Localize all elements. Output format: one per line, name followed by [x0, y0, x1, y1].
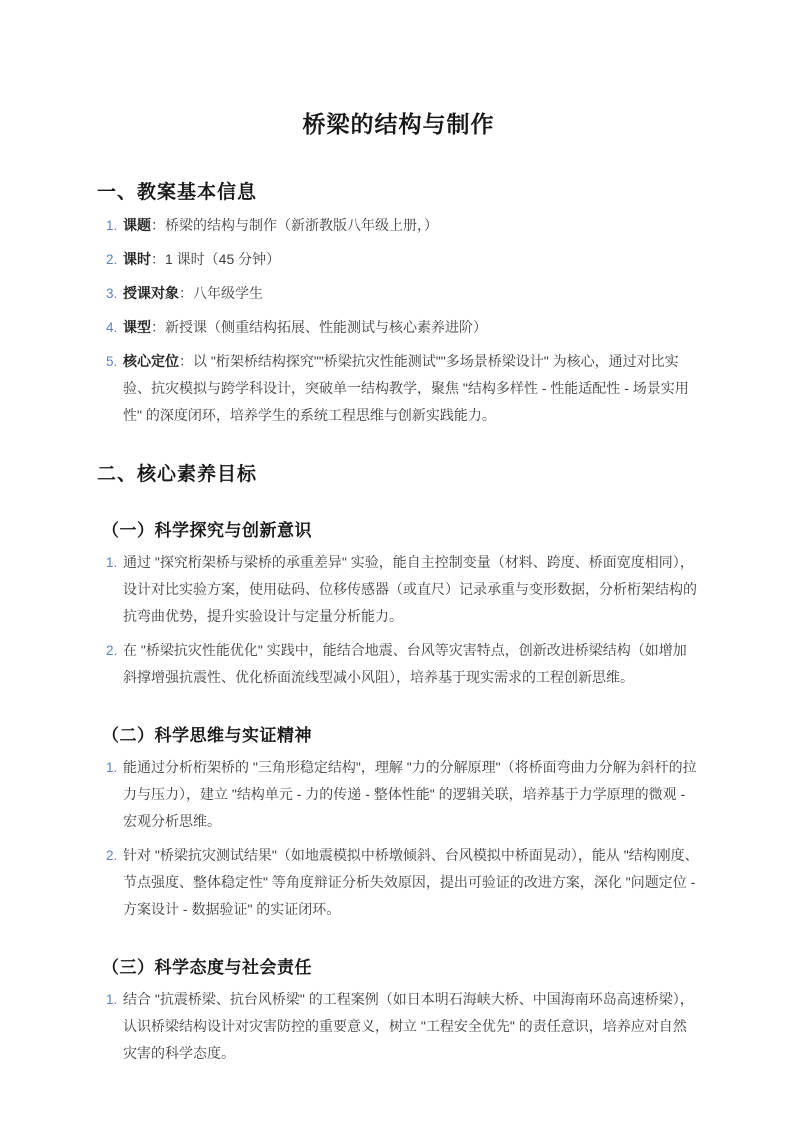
- basic-info-item: 授课对象：八年级学生: [121, 280, 700, 307]
- subsection-heading-attitude-responsibility: （三）科学态度与社会责任: [102, 953, 700, 978]
- basic-info-item: 课时：1 课时（45 分钟）: [121, 246, 700, 273]
- basic-info-list: 课题：桥梁的结构与制作（新浙教版八年级上册，） 课时：1 课时（45 分钟） 授…: [97, 212, 700, 429]
- item-label: 课时: [123, 251, 151, 267]
- item-label: 课题: [123, 217, 151, 233]
- objective-item: 能通过分析桁架桥的 "三角形稳定结构"，理解 "力的分解原理"（将桥面弯曲力分解…: [121, 754, 700, 835]
- objective-list-thinking: 能通过分析桁架桥的 "三角形稳定结构"，理解 "力的分解原理"（将桥面弯曲力分解…: [97, 754, 700, 923]
- item-label: 核心定位: [123, 353, 179, 369]
- item-label: 课型: [123, 319, 151, 335]
- section-heading-core-objectives: 二、核心素养目标: [97, 459, 700, 486]
- basic-info-item: 课题：桥梁的结构与制作（新浙教版八年级上册，）: [121, 212, 700, 239]
- item-text: ：新授课（侧重结构拓展、性能测试与核心素养进阶）: [151, 319, 487, 335]
- item-label: 授课对象: [123, 285, 179, 301]
- item-text: 结合 "抗震桥梁、抗台风桥梁" 的工程案例（如日本明石海峡大桥、中国海南环岛高速…: [123, 991, 694, 1061]
- item-text: ：八年级学生: [179, 285, 263, 301]
- subsection-heading-thinking-evidence: （二）科学思维与实证精神: [102, 721, 700, 746]
- document-title: 桥梁的结构与制作: [97, 106, 700, 139]
- item-text: ：1 课时（45 分钟）: [151, 251, 280, 267]
- item-text: ：桥梁的结构与制作（新浙教版八年级上册，）: [151, 217, 438, 233]
- objective-item: 针对 "桥梁抗灾测试结果"（如地震模拟中桥墩倾斜、台风模拟中桥面晃动），能从 "…: [121, 842, 700, 923]
- objective-list-inquiry: 通过 "探究桁架桥与梁桥的承重差异" 实验，能自主控制变量（材料、跨度、桥面宽度…: [97, 549, 700, 691]
- document-page: 桥梁的结构与制作 一、教案基本信息 课题：桥梁的结构与制作（新浙教版八年级上册，…: [0, 0, 794, 1123]
- objective-item: 在 "桥梁抗灾性能优化" 实践中，能结合地震、台风等灾害特点，创新改进桥梁结构（…: [121, 637, 700, 691]
- basic-info-item: 课型：新授课（侧重结构拓展、性能测试与核心素养进阶）: [121, 314, 700, 341]
- item-text: 能通过分析桁架桥的 "三角形稳定结构"，理解 "力的分解原理"（将桥面弯曲力分解…: [123, 759, 697, 829]
- item-text: 针对 "桥梁抗灾测试结果"（如地震模拟中桥墩倾斜、台风模拟中桥面晃动），能从 "…: [123, 847, 699, 917]
- item-text: ：以 "桁架桥结构探究""桥梁抗灾性能测试""多场景桥梁设计" 为核心，通过对比…: [123, 353, 689, 423]
- objective-item: 通过 "探究桁架桥与梁桥的承重差异" 实验，能自主控制变量（材料、跨度、桥面宽度…: [121, 549, 700, 630]
- item-text: 通过 "探究桁架桥与梁桥的承重差异" 实验，能自主控制变量（材料、跨度、桥面宽度…: [123, 554, 697, 624]
- basic-info-item: 核心定位：以 "桁架桥结构探究""桥梁抗灾性能测试""多场景桥梁设计" 为核心，…: [121, 348, 700, 429]
- item-text: 在 "桥梁抗灾性能优化" 实践中，能结合地震、台风等灾害特点，创新改进桥梁结构（…: [123, 642, 687, 685]
- subsection-heading-inquiry-innovation: （一）科学探究与创新意识: [102, 516, 700, 541]
- objective-item: 结合 "抗震桥梁、抗台风桥梁" 的工程案例（如日本明石海峡大桥、中国海南环岛高速…: [121, 986, 700, 1067]
- section-heading-basic-info: 一、教案基本信息: [97, 177, 700, 204]
- objective-list-attitude: 结合 "抗震桥梁、抗台风桥梁" 的工程案例（如日本明石海峡大桥、中国海南环岛高速…: [97, 986, 700, 1067]
